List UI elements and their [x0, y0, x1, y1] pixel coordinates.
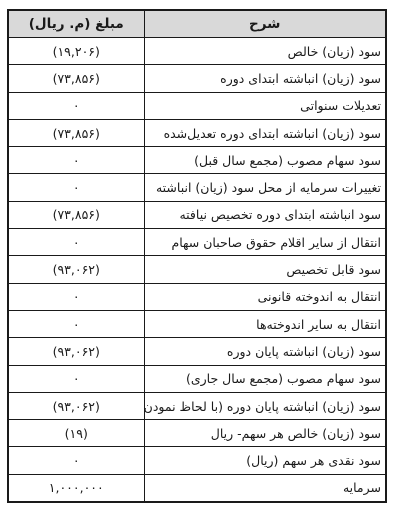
table-row: انتقال به سایر اندوخته‌ها ۰: [8, 310, 386, 337]
row-description: سود (زیان) انباشته ابتدای دوره: [144, 65, 386, 92]
row-description: سود (زیان) انباشته ابتدای دوره تعدیل‌شده: [144, 119, 386, 146]
table-row: سود (زیان) انباشته ابتدای دوره (۷۳,۸۵۶): [8, 65, 386, 92]
table-row: سود (زیان) خالص (۱۹,۲۰۶): [8, 38, 386, 65]
row-amount: (۷۳,۸۵۶): [8, 65, 144, 92]
row-description: سود انباشته ابتدای دوره تخصیص نیافته: [144, 201, 386, 228]
row-amount: (۷۳,۸۵۶): [8, 201, 144, 228]
row-description: سود سهام مصوب (مجمع سال جاری): [144, 365, 386, 392]
table-row: سود انباشته ابتدای دوره تخصیص نیافته (۷۳…: [8, 201, 386, 228]
table-row: انتقال از سایر اقلام حقوق صاحبان سهام ۰: [8, 229, 386, 256]
row-description: انتقال به اندوخته قانونی: [144, 283, 386, 310]
table-header: شرح مبلغ (م. ریال): [8, 10, 386, 38]
row-description: سود (زیان) انباشته پایان دوره: [144, 338, 386, 365]
row-description: انتقال از سایر اقلام حقوق صاحبان سهام: [144, 229, 386, 256]
row-amount: ۰: [8, 92, 144, 119]
row-amount: (۱۹,۲۰۶): [8, 38, 144, 65]
row-amount: (۷۳,۸۵۶): [8, 119, 144, 146]
row-description: سود نقدی هر سهم (ریال): [144, 447, 386, 474]
table-row: انتقال به اندوخته قانونی ۰: [8, 283, 386, 310]
row-amount: ۰: [8, 174, 144, 201]
table-row: سود سهام مصوب (مجمع سال قبل) ۰: [8, 147, 386, 174]
row-amount: ۰: [8, 365, 144, 392]
row-amount: (۹۳,۰۶۲): [8, 392, 144, 419]
table-row: سود (زیان) انباشته پایان دوره (۹۳,۰۶۲): [8, 338, 386, 365]
table-header-row: شرح مبلغ (م. ریال): [8, 10, 386, 38]
row-description: سرمایه: [144, 474, 386, 502]
description-column-header: شرح: [144, 10, 386, 38]
row-amount: (۹۳,۰۶۲): [8, 256, 144, 283]
table-row: سود (زیان) خالص هر سهم- ریال (۱۹): [8, 420, 386, 447]
row-amount: ۰: [8, 229, 144, 256]
row-description: سود سهام مصوب (مجمع سال قبل): [144, 147, 386, 174]
row-amount: ۱,۰۰۰,۰۰۰: [8, 474, 144, 502]
row-amount: (۹۳,۰۶۲): [8, 338, 144, 365]
table-row: سود سهام مصوب (مجمع سال جاری) ۰: [8, 365, 386, 392]
row-description: تغییرات سرمایه از محل سود (زیان) انباشته: [144, 174, 386, 201]
table-row: تعدیلات سنواتی ۰: [8, 92, 386, 119]
table-row: سرمایه ۱,۰۰۰,۰۰۰: [8, 474, 386, 502]
table-row: سود نقدی هر سهم (ریال) ۰: [8, 447, 386, 474]
table-row: سود (زیان) انباشته پایان دوره (با لحاظ ن…: [8, 392, 386, 419]
row-amount: ۰: [8, 310, 144, 337]
row-description: سود (زیان) انباشته پایان دوره (با لحاظ ن…: [144, 392, 386, 419]
row-description: تعدیلات سنواتی: [144, 92, 386, 119]
row-description: سود قابل تخصیص: [144, 256, 386, 283]
financial-table-container: شرح مبلغ (م. ریال) سود (زیان) خالص (۱۹,۲…: [9, 9, 387, 503]
table-row: سود (زیان) انباشته ابتدای دوره تعدیل‌شده…: [8, 119, 386, 146]
financial-table: شرح مبلغ (م. ریال) سود (زیان) خالص (۱۹,۲…: [7, 9, 387, 503]
amount-column-header: مبلغ (م. ریال): [8, 10, 144, 38]
row-description: سود (زیان) خالص هر سهم- ریال: [144, 420, 386, 447]
row-amount: ۰: [8, 283, 144, 310]
table-row: تغییرات سرمایه از محل سود (زیان) انباشته…: [8, 174, 386, 201]
table-body: سود (زیان) خالص (۱۹,۲۰۶) سود (زیان) انبا…: [8, 38, 386, 503]
row-amount: (۱۹): [8, 420, 144, 447]
row-amount: ۰: [8, 447, 144, 474]
row-description: انتقال به سایر اندوخته‌ها: [144, 310, 386, 337]
page: { "page": { "background": "#ffffff" }, "…: [0, 0, 393, 517]
row-amount: ۰: [8, 147, 144, 174]
row-description: سود (زیان) خالص: [144, 38, 386, 65]
table-row: سود قابل تخصیص (۹۳,۰۶۲): [8, 256, 386, 283]
